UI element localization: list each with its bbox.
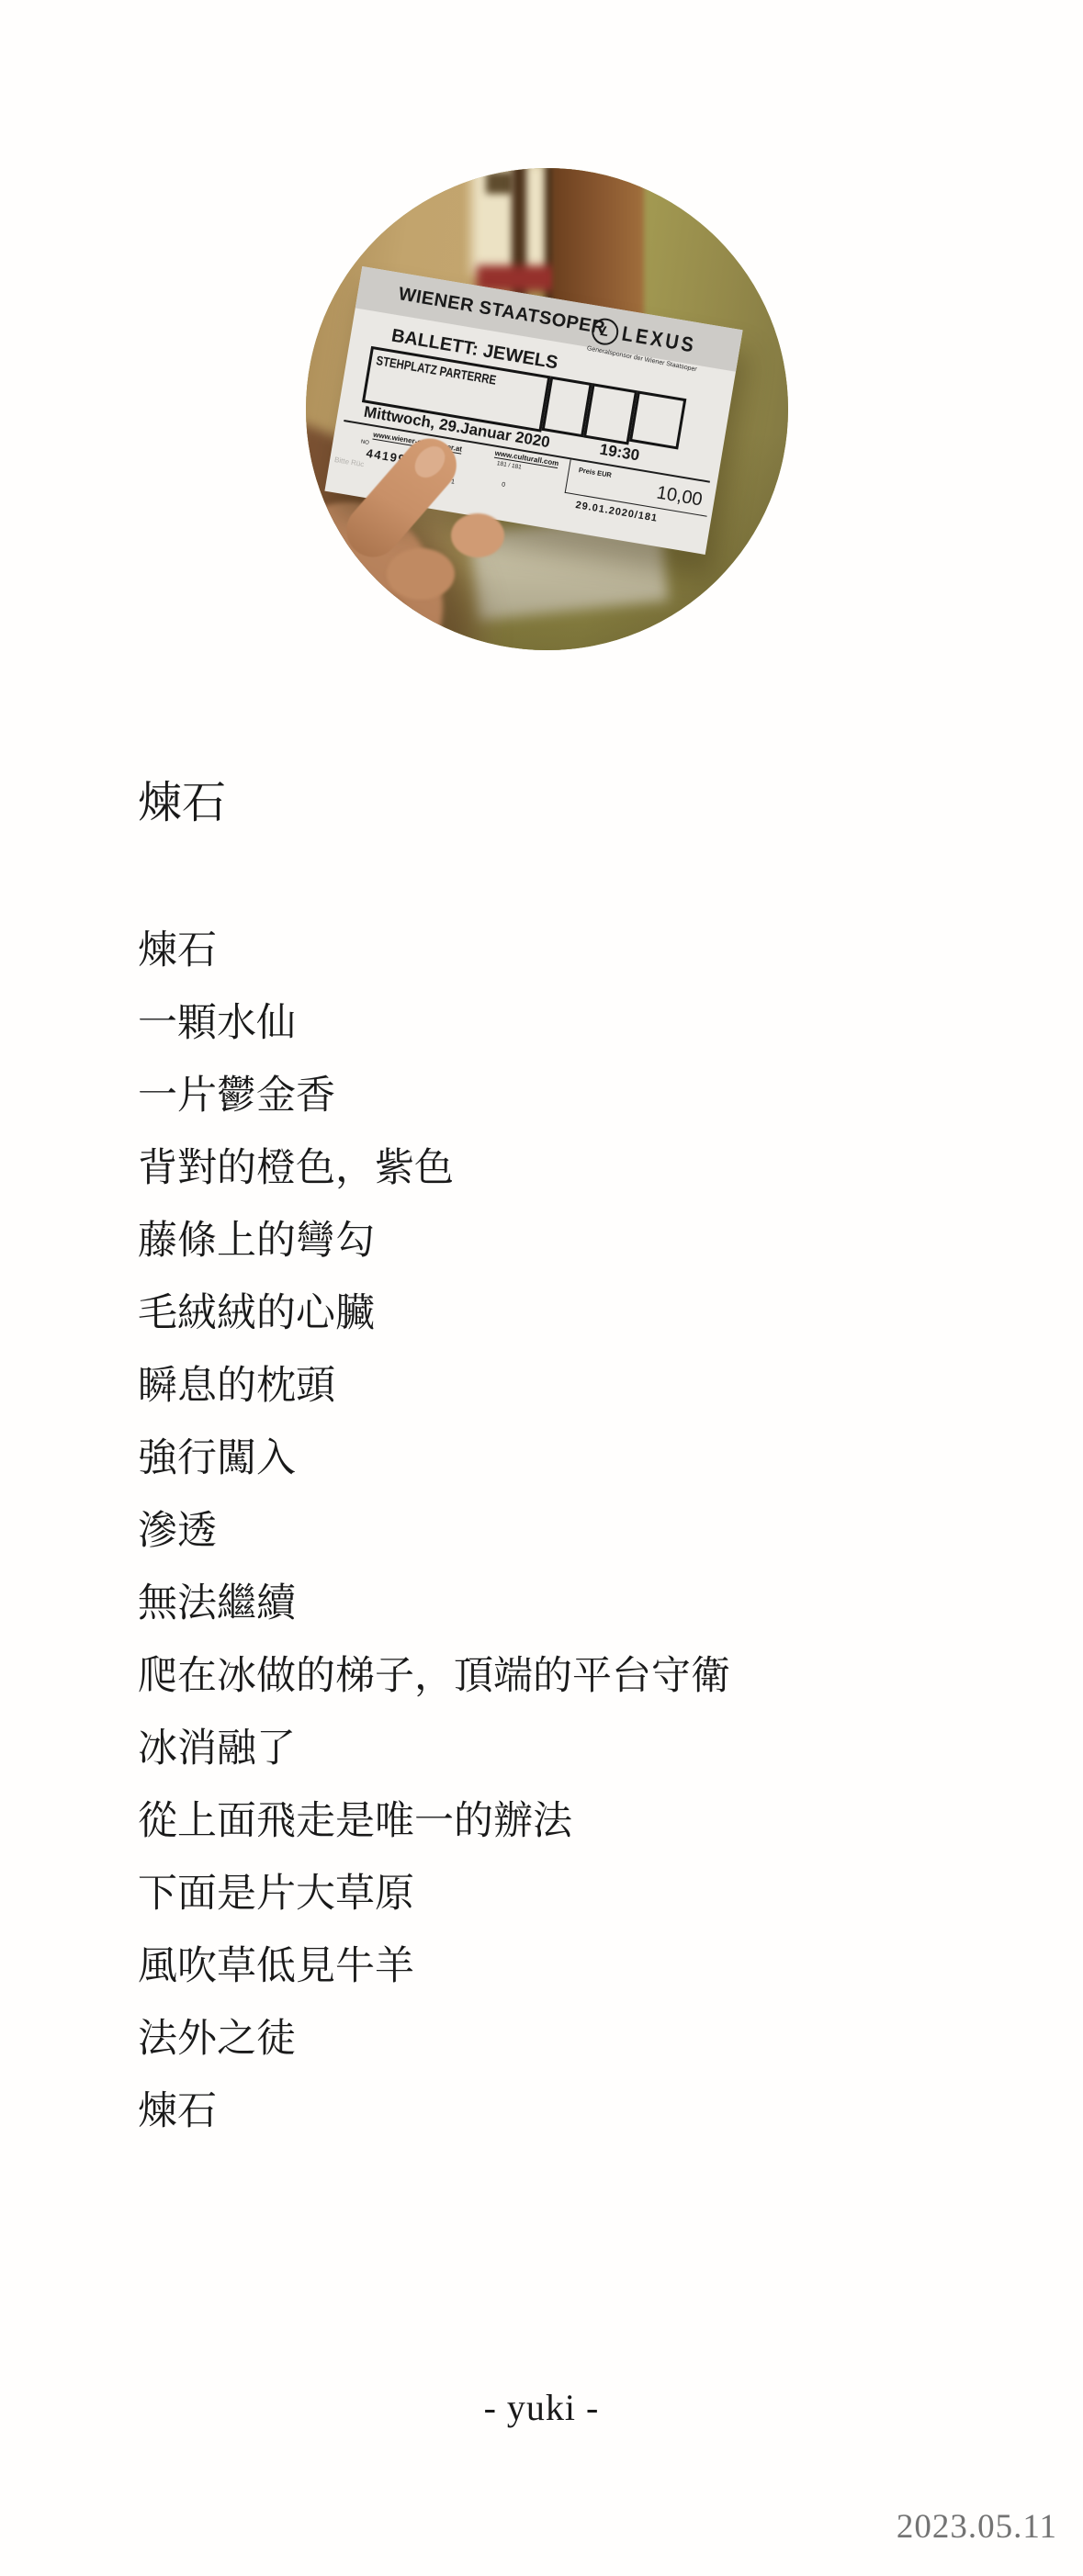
poem-line: 風吹草低見牛羊 bbox=[138, 1930, 730, 2003]
poem-line: 毛絨絨的心臟 bbox=[138, 1277, 730, 1350]
lexus-circle-icon: L bbox=[590, 316, 620, 346]
poem-line: 從上面飛走是唯一的辦法 bbox=[138, 1785, 730, 1858]
poem-line: 藤條上的彎勾 bbox=[138, 1205, 730, 1277]
poem-line: 一顆水仙 bbox=[138, 987, 730, 1060]
ticket-time: 19:30 bbox=[598, 441, 640, 466]
poem-line: 爬在冰做的梯子，頂端的平台守衛 bbox=[138, 1640, 730, 1713]
ticket-edge-text: Bitte Rüc bbox=[333, 456, 365, 468]
poem-line: 滲透 bbox=[138, 1495, 730, 1568]
poem-line: 瞬息的枕頭 bbox=[138, 1350, 730, 1423]
ticket-price-value: 10,00 bbox=[655, 482, 704, 511]
ticket-no-label: NO bbox=[360, 439, 369, 445]
photo-circle: WIENER STAATSOPER L LEXUS Generalsponsor… bbox=[306, 168, 788, 650]
finger-knuckle bbox=[387, 548, 455, 600]
poem-line: 煉石 bbox=[138, 915, 730, 987]
poem-line: 無法繼續 bbox=[138, 1568, 730, 1640]
author-signature: - yuki - bbox=[0, 2386, 1083, 2429]
poem-line: 法外之徒 bbox=[138, 2003, 730, 2075]
poem-line: 一片鬱金香 bbox=[138, 1060, 730, 1132]
poem-line: 強行闖入 bbox=[138, 1423, 730, 1495]
ticket-mark-0: 0 bbox=[502, 481, 506, 489]
fingertip bbox=[451, 513, 504, 557]
poem-title: 煉石 bbox=[138, 777, 226, 830]
poem-lines: 煉石一顆水仙一片鬱金香背對的橙色，紫色藤條上的彎勾毛絨絨的心臟瞬息的枕頭強行闖入… bbox=[138, 915, 730, 2148]
poem-line: 下面是片大草原 bbox=[138, 1858, 730, 1930]
finger-knuckle bbox=[339, 591, 411, 644]
post-date: 2023.05.11 bbox=[897, 2507, 1057, 2547]
page: WIENER STAATSOPER L LEXUS Generalsponsor… bbox=[0, 0, 1083, 2576]
poem-line: 背對的橙色，紫色 bbox=[138, 1132, 730, 1205]
ticket-price-label: Preis EUR bbox=[578, 466, 612, 479]
ticket-empty-cell bbox=[629, 390, 687, 449]
poem-line: 煉石 bbox=[138, 2075, 730, 2148]
poem-line: 冰消融了 bbox=[138, 1713, 730, 1785]
